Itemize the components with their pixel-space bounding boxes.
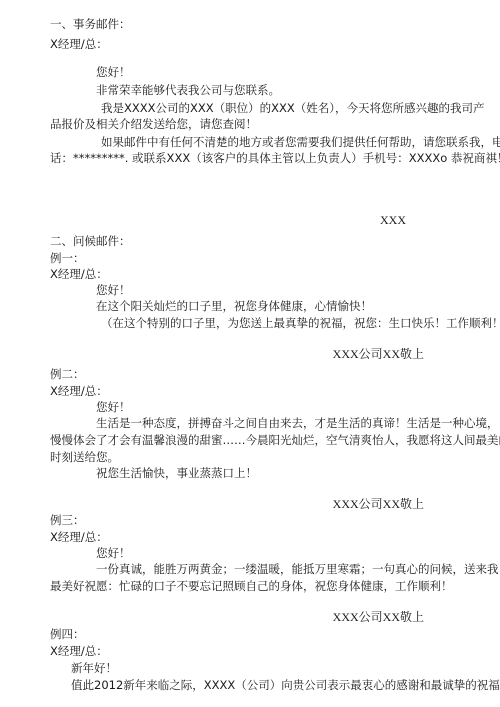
body-line: 我是XXXX公司的XXX（职位）的XXX（姓名），今天将您所感兴趣的我司产 — [101, 100, 485, 116]
greeting: 您好！ — [96, 399, 131, 415]
salutation: X经理/总： — [50, 36, 108, 52]
salutation: X经理/总： — [50, 383, 108, 399]
example-label: 例三： — [50, 512, 85, 528]
signature: XXX公司XX敬上 — [333, 496, 424, 512]
salutation: X经理/总： — [50, 643, 108, 659]
body-line: 值此2012新年来临之际，XXXX（公司）向贵公司表示最衷心的感谢和最诚挚的祝福… — [71, 677, 500, 693]
example-label: 例二： — [50, 366, 85, 382]
body-line: 慢慢体会了才会有温馨浪漫的甜蜜……今晨阳光灿烂，空气清爽怡人，我愿将这人间最美的 — [50, 432, 500, 448]
body-line: （在这个特别的口子里，为您送上最真挚的祝福，祝您：生口快乐！工作顺利！） — [101, 315, 500, 331]
body-line: 祝您生活愉快，事业蒸蒸口上！ — [96, 465, 257, 481]
section-heading: 二、问候邮件： — [50, 233, 131, 249]
greeting: 您好！ — [96, 545, 131, 561]
body-line: 最美好祝愿：忙碌的口子不要忘记照顾自己的身体，祝您身体健康，工作顺利！ — [50, 578, 453, 594]
section-heading: 一、事务邮件： — [50, 16, 131, 32]
signature: XXX公司XX敬上 — [333, 346, 424, 362]
example-label: 例一： — [50, 250, 85, 266]
body-line: 话：*********. 或联系XXX（该客户的具体主管以上负责人）手机号：XX… — [50, 150, 500, 166]
signature: XXX公司XX敬上 — [333, 609, 424, 625]
body-line: 生活是一种态度，拼搏奋斗之间自由来去，才是生活的真谛！生活是一种心境， — [96, 415, 499, 431]
greeting: 您好！ — [96, 282, 131, 298]
body-line: 非常荣幸能够代表我公司与您联系。 — [96, 82, 280, 98]
body-line: 品报价及相关介绍发送给您，请您查阅！ — [50, 116, 257, 132]
greeting: 新年好！ — [71, 660, 117, 676]
salutation: X经理/总： — [50, 529, 108, 545]
body-line: 在这个阳关灿烂的口子里，祝您身体健康，心情愉快！ — [96, 298, 372, 314]
salutation: X经理/总： — [50, 266, 108, 282]
signature: XXX — [380, 212, 406, 228]
body-line: 一份真诚，能胜万两黄金；一缕温暖，能抵万里寒霜；一句真心的问候，送来我 — [96, 561, 499, 577]
body-line: 时刻送给您。 — [50, 449, 119, 465]
greeting: 您好！ — [96, 64, 131, 80]
body-line: 如果邮件中有任何不清楚的地方或者您需要我们提供任何帮助，请您联系我，电 — [101, 134, 500, 150]
example-label: 例四： — [50, 626, 85, 642]
